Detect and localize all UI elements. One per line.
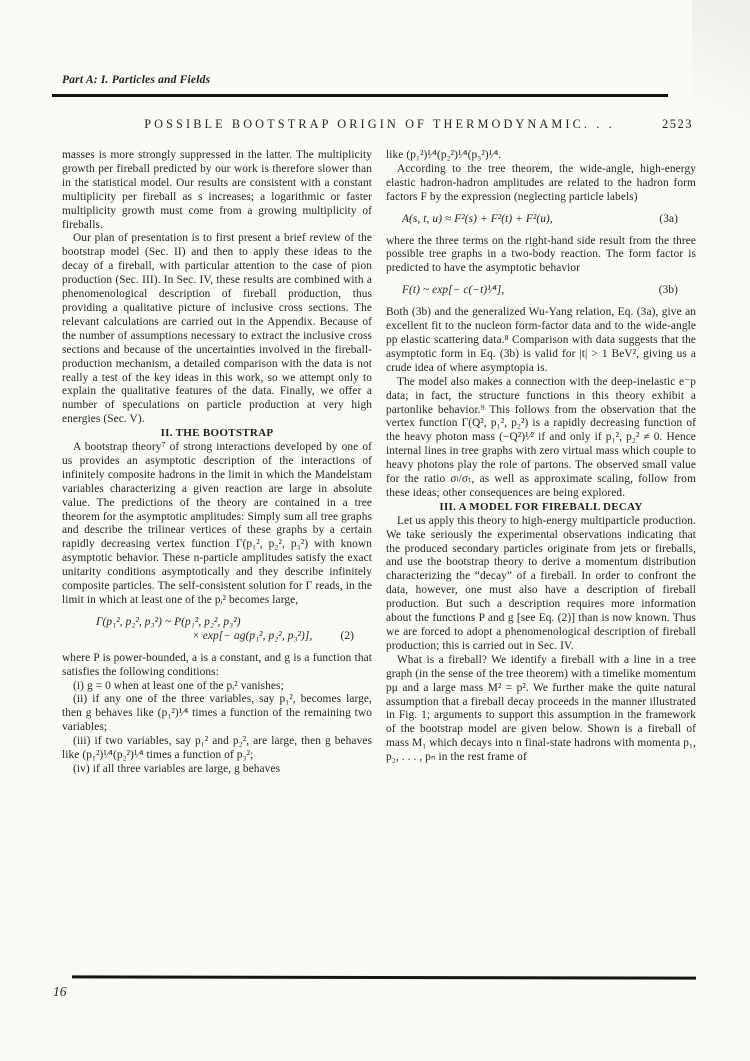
paragraph: The model also makes a connection with t…	[386, 376, 696, 501]
right-column: like (p₁²)¹⁄⁴(p₂²)¹⁄⁴(p₃²)¹⁄⁴. According…	[386, 149, 696, 777]
equation-3a-number: (3a)	[659, 213, 696, 227]
equation-3b-body: F(t) ~ exp[− c(−t)¹⁄⁴],	[386, 284, 659, 298]
equation-2-line-1: Γ(p₁², p₂², p₃²) ~ P(p₁², p₂², p₃²)	[62, 616, 372, 630]
section-heading-iii: III. A MODEL FOR FIREBALL DECAY	[386, 501, 696, 515]
paragraph: where P is power-bounded, a is a constan…	[62, 652, 372, 680]
equation-2-number: (2)	[340, 630, 372, 644]
article-title: POSSIBLE BOOTSTRAP ORIGIN OF THERMODYNAM…	[62, 117, 697, 132]
paragraph: A bootstrap theory⁷ of strong interactio…	[62, 441, 372, 608]
equation-3b: F(t) ~ exp[− c(−t)¹⁄⁴], (3b)	[386, 284, 696, 298]
scan-corner-artifact	[692, 0, 750, 150]
equation-2-line-2: × exp[− ag(p₁², p₂², p₃²)],	[62, 630, 340, 644]
paragraph: masses is more strongly suppressed in th…	[62, 149, 372, 232]
condition-item-iii: (iii) if two variables, say p₁² and p₂²,…	[62, 735, 372, 763]
paragraph: where the three terms on the right-hand …	[386, 235, 696, 277]
journal-page: Part A: I. Particles and Fields POSSIBLE…	[0, 0, 750, 1061]
page-number-bottom: 16	[53, 984, 67, 1000]
equation-2: Γ(p₁², p₂², p₃²) ~ P(p₁², p₂², p₃²) × ex…	[62, 616, 372, 644]
paragraph: Our plan of presentation is to first pre…	[62, 232, 372, 427]
equation-3a: A(s, t, u) ≈ F²(s) + F²(t) + F²(u), (3a)	[386, 213, 696, 227]
running-head: Part A: I. Particles and Fields	[62, 74, 210, 86]
paragraph: What is a fireball? We identify a fireba…	[386, 654, 696, 765]
equation-3b-number: (3b)	[659, 284, 696, 298]
paragraph: According to the tree theorem, the wide-…	[386, 163, 696, 205]
condition-item-iv: (iv) if all three variables are large, g…	[62, 763, 372, 777]
footer-rule	[72, 975, 696, 979]
paragraph: like (p₁²)¹⁄⁴(p₂²)¹⁄⁴(p₃²)¹⁄⁴.	[386, 149, 696, 163]
paragraph: Let us apply this theory to high-energy …	[386, 515, 696, 654]
condition-item-i: (i) g = 0 when at least one of the pᵢ² v…	[62, 680, 372, 694]
section-heading-ii: II. THE BOOTSTRAP	[62, 427, 372, 441]
page-number-top: 2523	[662, 117, 693, 132]
header-rule	[52, 94, 668, 97]
condition-item-ii: (ii) if any one of the three variables, …	[62, 693, 372, 735]
left-column: masses is more strongly suppressed in th…	[62, 149, 372, 777]
paragraph: Both (3b) and the generalized Wu-Yang re…	[386, 306, 696, 376]
equation-3a-body: A(s, t, u) ≈ F²(s) + F²(t) + F²(u),	[386, 213, 659, 227]
title-row: POSSIBLE BOOTSTRAP ORIGIN OF THERMODYNAM…	[62, 117, 697, 133]
two-column-text: masses is more strongly suppressed in th…	[62, 149, 697, 777]
